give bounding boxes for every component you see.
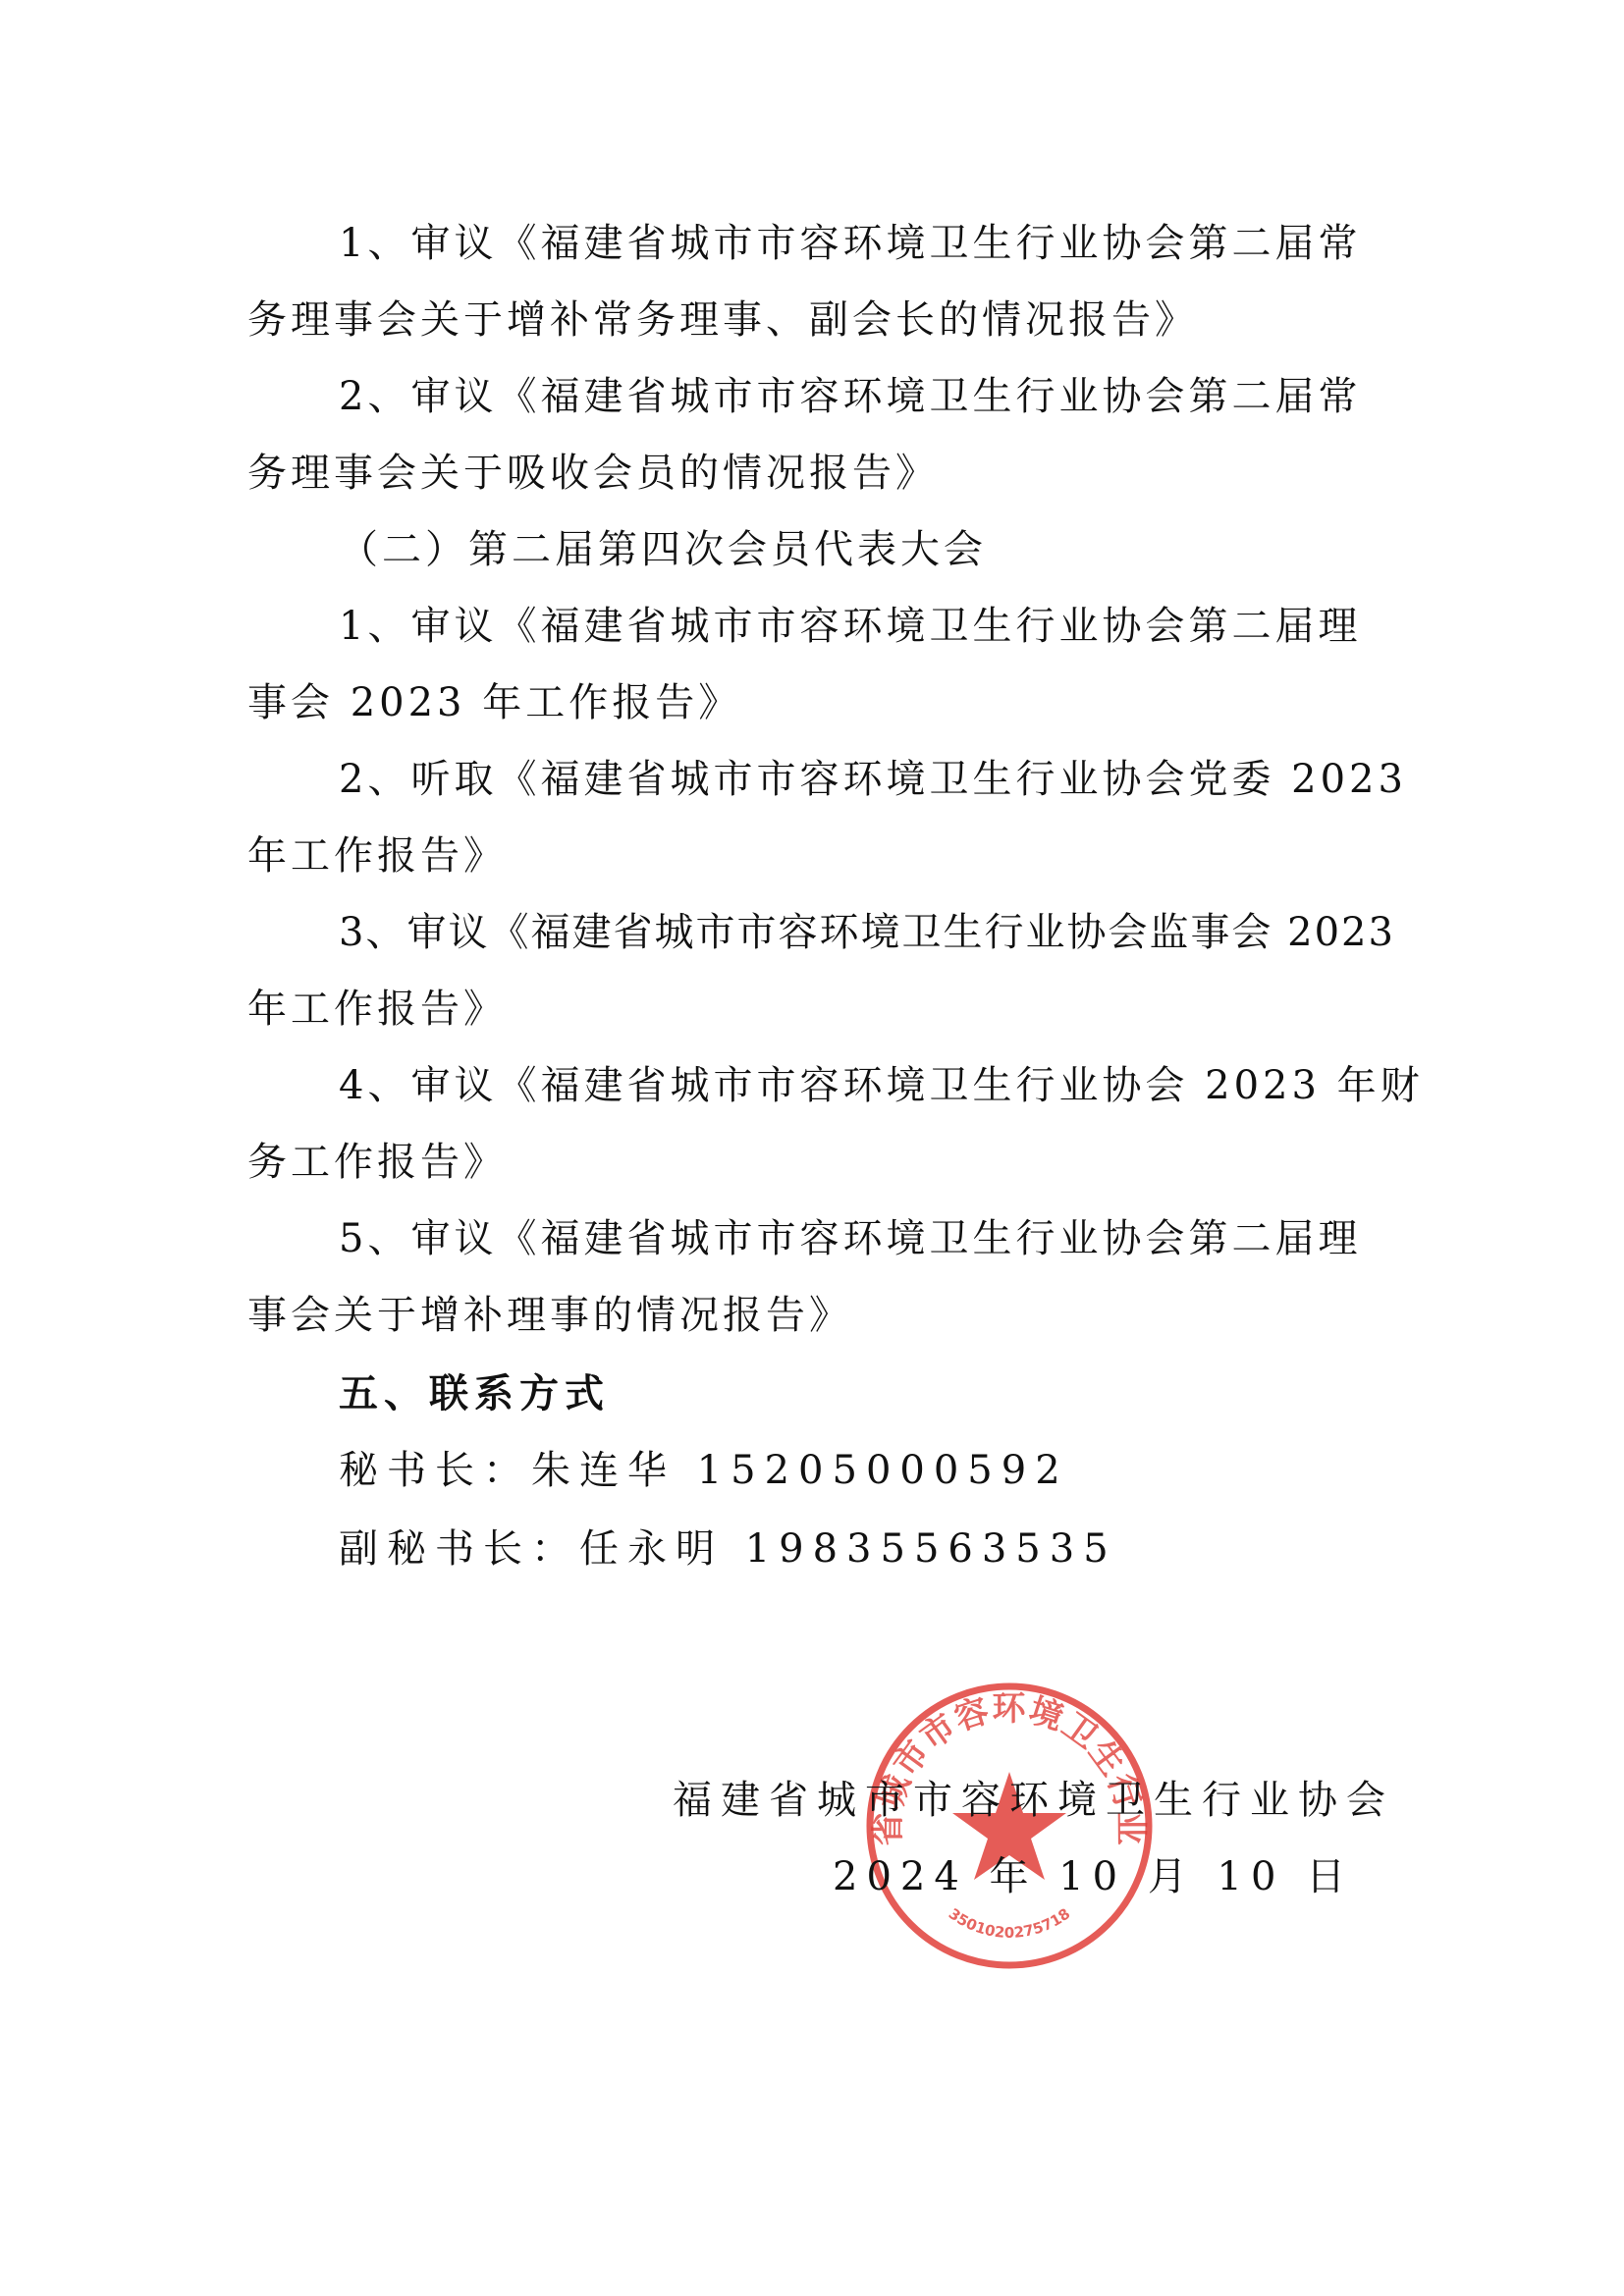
item-2-4-line-2: 务工作报告》 <box>247 1137 507 1188</box>
signature-date: 2024 年 10 月 10 日 <box>833 1851 1354 1902</box>
item-1-line-2: 务理事会关于增补常务理事、副会长的情况报告》 <box>247 294 1198 346</box>
item-2-3-line-2: 年工作报告》 <box>247 984 507 1035</box>
subsection-heading: （二）第二届第四次会员代表大会 <box>339 524 987 575</box>
item-2-3-line-1: 3、审议《福建省城市市容环境卫生行业协会监事会 2023 <box>339 907 1395 958</box>
item-1-line-1: 1、审议《福建省城市市容环境卫生行业协会第二届常 <box>339 218 1361 269</box>
item-2-1-line-2: 事会 2023 年工作报告》 <box>247 677 741 728</box>
item-2-4-line-1: 4、审议《福建省城市市容环境卫生行业协会 2023 年财 <box>339 1060 1424 1111</box>
signature-organization: 福建省城市市容环境卫生行业协会 <box>673 1775 1394 1826</box>
item-2-line-1: 2、审议《福建省城市市容环境卫生行业协会第二届常 <box>339 371 1361 422</box>
item-2-5-line-2: 事会关于增补理事的情况报告》 <box>247 1290 852 1341</box>
svg-text:3501020275718: 3501020275718 <box>946 1904 1074 1941</box>
item-2-line-2: 务理事会关于吸收会员的情况报告》 <box>247 448 939 499</box>
item-2-1-line-1: 1、审议《福建省城市市容环境卫生行业协会第二届理 <box>339 601 1361 652</box>
contact-secretary-general: 秘书长：朱连华 15205000592 <box>339 1445 1069 1496</box>
contact-deputy-secretary-general: 副秘书长：任永明 19835563535 <box>339 1523 1117 1575</box>
official-seal-icon: 福建省城市市容环境卫生行业协会 3501020275718 <box>862 1679 1157 1973</box>
item-2-2-line-2: 年工作报告》 <box>247 830 507 881</box>
item-2-5-line-1: 5、审议《福建省城市市容环境卫生行业协会第二届理 <box>339 1213 1361 1264</box>
item-2-2-line-1: 2、听取《福建省城市市容环境卫生行业协会党委 2023 <box>339 754 1407 805</box>
section-5-heading: 五、联系方式 <box>339 1368 610 1419</box>
